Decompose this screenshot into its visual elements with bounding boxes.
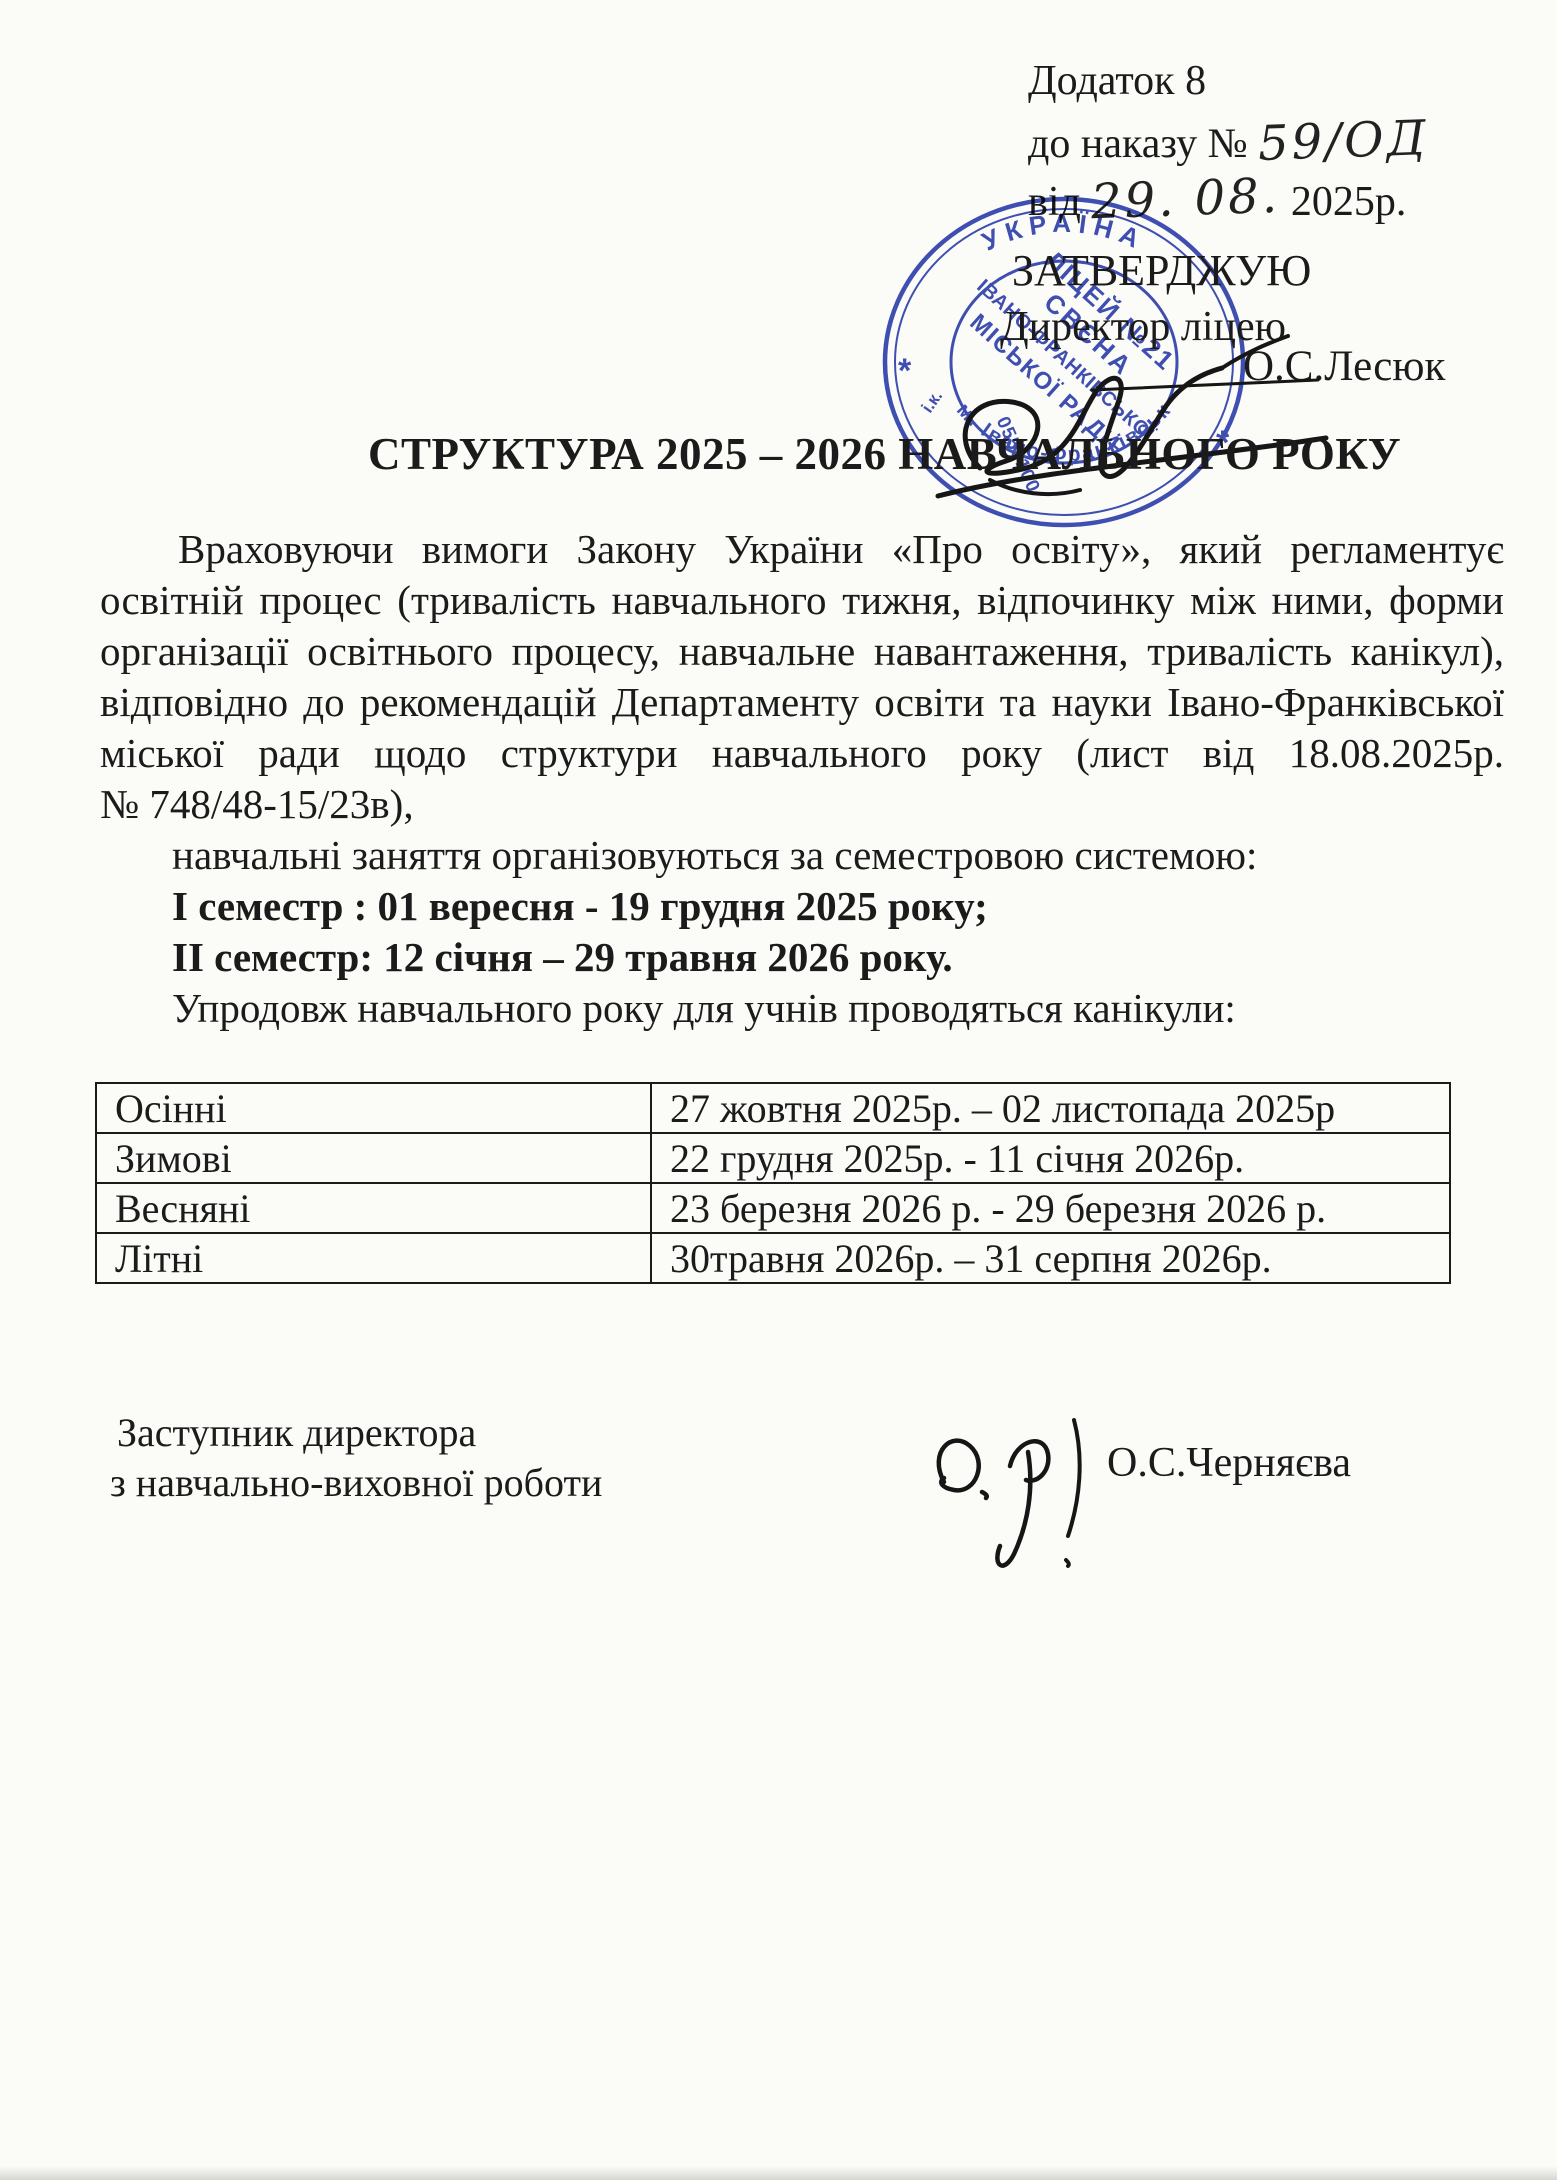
order-reference-label: до наказу № [1028, 121, 1258, 167]
table-row: Літні 30травня 2026р. – 31 серпня 2026р. [96, 1233, 1450, 1283]
paragraph-line: відповідно до рекомендацій Департаменту … [100, 677, 1504, 728]
deputy-name: О.С.Черняєва [1107, 1438, 1351, 1488]
holiday-name: Осінні [96, 1083, 651, 1133]
director-signature [920, 318, 1350, 518]
holiday-dates: 27 жовтня 2025р. – 02 листопада 2025р [651, 1083, 1450, 1133]
main-paragraph: Враховуючи вимоги Закону України «Про ос… [100, 524, 1504, 1034]
order-date-year: 2025р. [1280, 179, 1406, 225]
holiday-dates: 23 березня 2026 р. - 29 березня 2026 р. [651, 1183, 1450, 1233]
order-reference: до наказу № 59/ОД [1028, 112, 1429, 173]
holiday-name: Зимові [96, 1133, 651, 1183]
scan-bottom-edge [0, 2166, 1557, 2180]
holiday-dates: 30травня 2026р. – 31 серпня 2026р. [651, 1233, 1450, 1283]
paragraph-line: організації освітнього процесу, навчальн… [100, 626, 1504, 677]
order-number-handwritten: 59/ОД [1257, 109, 1430, 173]
deputy-position-line2: з навчально-виховної роботи [110, 1458, 602, 1508]
holiday-dates: 22 грудня 2025р. - 11 січня 2026р. [651, 1133, 1450, 1183]
holiday-name: Літні [96, 1233, 651, 1283]
seal-star-left-icon: * [898, 352, 912, 390]
approval-word: ЗАТВЕРДЖУЮ [1012, 245, 1311, 296]
paragraph-line: № 748/48-15/23в), [100, 779, 1504, 830]
paragraph-line: освітній процес (тривалість навчального … [100, 575, 1504, 626]
holiday-name: Весняні [96, 1183, 651, 1233]
appendix-number: Додаток 8 [1028, 52, 1206, 110]
semester-system-intro: навчальні заняття організовуються за сем… [100, 830, 1504, 881]
paragraph-line: Враховуючи вимоги Закону України «Про ос… [100, 524, 1504, 575]
table-row: Осінні 27 жовтня 2025р. – 02 листопада 2… [96, 1083, 1450, 1133]
deputy-signature [898, 1396, 1148, 1596]
holidays-intro: Упродовж навчального року для учнів пров… [100, 983, 1504, 1034]
document-title: СТРУКТУРА 2025 – 2026 НАВЧАЛЬНОГО РОКУ [368, 428, 1401, 480]
deputy-position-line1: Заступник директора [117, 1408, 476, 1458]
semester-2-dates: ІІ семестр: 12 січня – 29 травня 2026 ро… [100, 932, 1504, 983]
holidays-table: Осінні 27 жовтня 2025р. – 02 листопада 2… [95, 1082, 1451, 1284]
paragraph-line: міської ради щодо структури навчального … [100, 728, 1504, 779]
table-row: Весняні 23 березня 2026 р. - 29 березня … [96, 1183, 1450, 1233]
semester-1-dates: І семестр : 01 вересня - 19 грудня 2025 … [100, 881, 1504, 932]
table-row: Зимові 22 грудня 2025р. - 11 січня 2026р… [96, 1133, 1450, 1183]
